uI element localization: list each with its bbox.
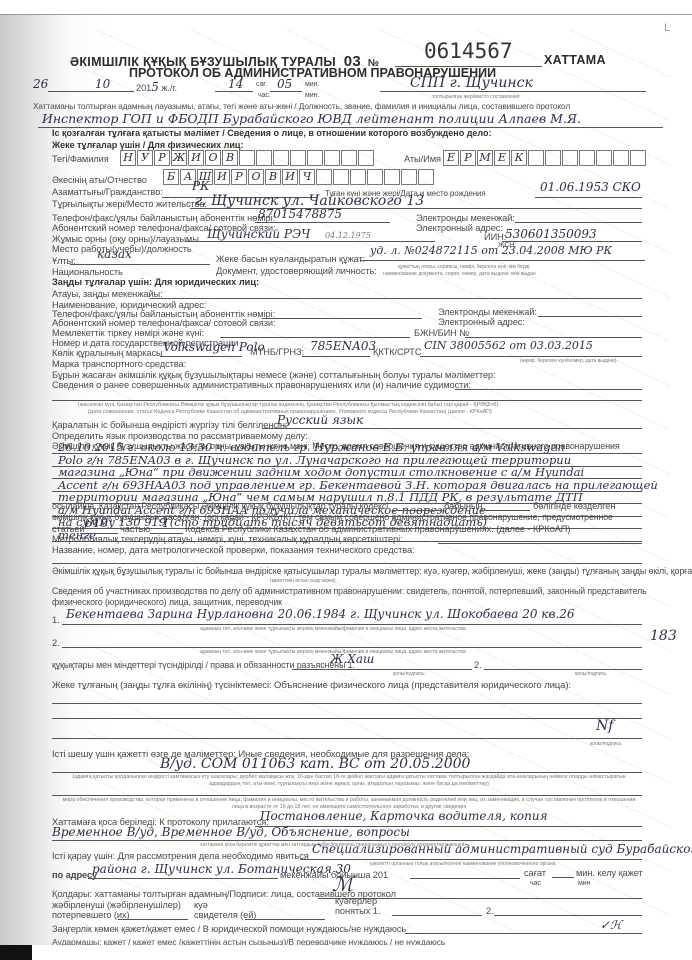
participant-line (62, 624, 642, 625)
patronymic-box: Б (163, 169, 179, 185)
patronymic-box: О (248, 169, 264, 185)
patronymic-box (418, 169, 434, 185)
patronymic-box: В (265, 169, 281, 185)
legal-name-line (150, 298, 642, 299)
plate-line (302, 356, 370, 357)
nationality-label-ru: Национальность (52, 267, 123, 277)
language-line (262, 428, 642, 429)
date-year: 2015 ж./г. (136, 80, 177, 94)
hearing-date-line (410, 878, 520, 879)
work-line (185, 241, 435, 242)
explanation-line-2 (52, 718, 642, 719)
physical-label: Жеке тұлғалар үшін / Для физических лиц: (52, 140, 243, 150)
work-value: Щучинский РЭЧ (207, 227, 310, 241)
place-of-composition: СПП г. Щучинск (410, 75, 533, 91)
hour-label-ru: час. (258, 92, 271, 99)
patronymic-box: Ч (299, 169, 315, 185)
prior-line-2 (52, 400, 642, 401)
attesting-2-label: 2. (486, 906, 494, 916)
name-box (596, 150, 612, 166)
rights-2-label: 2. (474, 660, 482, 670)
month-line (84, 91, 134, 92)
hearing-court-caption: уәкілетті органның толық атауы/полное на… (370, 861, 555, 867)
attesting-1-line (392, 915, 482, 916)
legal-phone-line (262, 318, 422, 319)
corner-mark: L (664, 22, 670, 34)
legal-email-line (538, 316, 642, 317)
surname-box (324, 150, 340, 166)
margin-note: 183 (650, 628, 677, 644)
hearing-address-line (88, 878, 278, 879)
surname-box: Н (120, 150, 136, 166)
nationality-line (70, 264, 210, 265)
name-box (528, 150, 544, 166)
legal-help-signature: ✓ℋ (600, 918, 622, 932)
name-boxes: ЕРМЕК (443, 150, 646, 166)
patronymic-box (401, 169, 417, 185)
legal-reg-line (220, 337, 410, 338)
article-kz-label: бабының (444, 501, 483, 511)
name-box (630, 150, 646, 166)
plate-value: 785ЕNA03 (310, 339, 376, 353)
patronymic-box (316, 169, 332, 185)
explanation-label: Жеке тұлғаның (заңды тұлға өкілінің) түс… (52, 680, 571, 691)
minute-label-kz: мин. (305, 81, 319, 88)
participant-caption: адамның тегі, аты-жөні және тұрғылықты ж… (200, 626, 466, 632)
rights-2-line (484, 669, 642, 670)
article-value: 610 (85, 516, 108, 530)
id-doc-caption-kz: құжаттың атауы, сериясы, нөмірі, берілге… (398, 264, 530, 270)
hearing-court-line (300, 859, 642, 860)
citizenship-value: РК (192, 179, 209, 193)
part-value: 1 (162, 516, 170, 530)
year-label: ж./г. (161, 83, 177, 93)
participant-line (62, 647, 642, 648)
surname-box (358, 150, 374, 166)
explanation-line-1 (52, 703, 642, 704)
name-box: Е (494, 150, 510, 166)
hearing-hour-label-ru: час (530, 880, 541, 887)
attachments-line-2 (52, 840, 642, 841)
birth-line (535, 197, 642, 198)
nationality-value: казах (97, 247, 132, 261)
rights-1-sig-caption: қолы/подпись (393, 671, 425, 677)
minute-line (270, 91, 302, 92)
phone-label-kz: Телефон/факс/ұялы байланыстың абоненттік… (52, 213, 275, 223)
prior-line (455, 389, 642, 390)
place-line (380, 91, 646, 92)
rights-1-line (292, 669, 472, 670)
citizenship-label: Азаматтығы/Гражданство: (52, 187, 163, 197)
scan-top-edge (0, 0, 692, 15)
id-doc-line (360, 260, 645, 261)
legal-help-text: Заңгерлік көмек қажет/қажет емес / В юри… (52, 924, 406, 934)
surname-box (273, 150, 289, 166)
surname-box (256, 150, 272, 166)
hour-line (215, 91, 253, 92)
attesting-label-kz: куәгерлер (335, 896, 377, 906)
time-hour: 14 (228, 77, 243, 91)
cert-label: ҚКТК/СРТС (373, 347, 422, 357)
work-note: 04.12.1975 (325, 231, 371, 240)
patronymic-box: И (282, 169, 298, 185)
prior-caption-kz: (жасалған күні, Қазақстан Республикасы Ә… (78, 402, 498, 408)
time-minute: 05 (277, 77, 292, 91)
legal-phone-ru: Абонентский номер телефона/факса/ сотово… (52, 318, 275, 328)
bin-line (465, 337, 642, 338)
year-digit: 5 (151, 80, 159, 94)
plate-label: МТНБ/ГРНЗ: (250, 347, 304, 357)
vehicle-brand-label-ru: Марка транспортного средства: (52, 359, 186, 369)
patronymic-box: Р (231, 169, 247, 185)
legal-section-label: Заңды тұлғалар үшін: Для юридических лиц… (52, 277, 259, 287)
protocol-number: 0614567 (424, 39, 513, 63)
surname-box: У (137, 150, 153, 166)
patronymic-box (333, 169, 349, 185)
surname-box: В (222, 150, 238, 166)
legal-help-line (405, 933, 642, 934)
hearing-label: Істі қарау үшін: Для рассмотрения дела н… (52, 851, 309, 861)
rights-2-sig-caption: қолы/подпись (575, 671, 607, 677)
iin-line (502, 241, 642, 242)
iin-value: 530601350093 (505, 227, 597, 241)
legal-email-kz: Электронды мекенжай: (438, 307, 537, 317)
participant-value: Бекентаева Зарина Нурлановна 20.06.1984 … (66, 607, 575, 621)
composer-label: Хаттаманы толтырған адамның лауазымы, ат… (33, 101, 570, 111)
prior-label-ru: Сведения о ранее совершенных администрат… (52, 380, 471, 390)
participant-number: 1. (52, 615, 60, 625)
metro-ru: Название, номер, дата метрологической пр… (52, 545, 415, 555)
bin-label: БЖН/БИН № (414, 328, 469, 338)
patronymic-label: Әкесінің аты/Отчество (52, 175, 147, 185)
other-info-line-2 (52, 795, 642, 796)
date-day: 26 (33, 77, 48, 91)
email-label-kz: Электронды мекенжай: (416, 213, 515, 223)
surname-boxes: НУРЖИОВ (120, 150, 374, 166)
protocol-page: L ӘКІМШІЛІК ҚҰҚЫҚ БҰЗУШЫЛЫҚ ТУРАЛЫ 03 № … (0, 0, 692, 960)
id-doc-value: уд. л. №024872115 от 23.04.2008 МЮ РК (370, 244, 612, 257)
scan-corner (0, 945, 32, 960)
year-prefix: 201 (136, 83, 151, 93)
attesting-2-line (494, 915, 642, 916)
legal-email-ru: Электронный адрес: (438, 317, 525, 327)
patronymic-box (367, 169, 383, 185)
name-box: Е (443, 150, 459, 166)
part-ru-label: частью (120, 524, 150, 534)
part-kz-label: бөлігінде көзделген (533, 501, 615, 511)
code-ru: Кодекса Республики Казахстан об админист… (185, 524, 570, 534)
metro-kz: Метрологиялық тексерудің атауы, нөмірі, … (52, 534, 403, 544)
language-label-kz: Қаралатын іс бойынша өндірісті жүргізу т… (52, 420, 287, 430)
witness-label-kz: куә (194, 900, 208, 910)
residence-label: Тұрғылықты жері/Место жительства: (52, 199, 207, 209)
explanation-sig-caption: қолы/подпись (590, 741, 622, 747)
name-box (545, 150, 561, 166)
hearing-hour-label: сағат (524, 868, 546, 878)
vehicle-brand-line (160, 356, 242, 357)
id-doc-caption-ru: наименование документа, серия, номер, да… (383, 271, 536, 277)
surname-box: О (205, 150, 221, 166)
surname-box: И (188, 150, 204, 166)
surname-box: Ж (171, 150, 187, 166)
id-doc-label-kz: Жеке басын куәландыратын құжат: (216, 254, 365, 264)
participant-number: 2. (52, 638, 60, 648)
other-info-line (52, 772, 642, 773)
hearing-min-label-ru: мин (578, 880, 590, 887)
language-value: Русский язык (277, 413, 363, 427)
participants-kz-note: (қажеттінің астын сызу керек) (270, 578, 335, 584)
victim-label-kz: жәбірленуші (жәбірленушілер) (52, 900, 181, 910)
patronymic-box: И (214, 169, 230, 185)
surname-box: Р (154, 150, 170, 166)
rights-1-signature: Ж.Хаш (330, 652, 374, 666)
article-kz-line (392, 510, 442, 511)
other-info-caption-kz: (адамға қатысты қолданылған өндірісті қа… (60, 774, 638, 788)
surname-box (341, 150, 357, 166)
attachments-line2: Временное В/уд, Временное В/уд, Объяснен… (52, 825, 410, 839)
name-box: М (477, 150, 493, 166)
name-box (613, 150, 629, 166)
name-box: К (511, 150, 527, 166)
email-line (515, 222, 642, 223)
committed-kz: әкімшілік құқық бұзушылық жасалған. (әрі… (52, 512, 613, 522)
surname-box (307, 150, 323, 166)
other-info-value: В/уд. СОМ 011063 кат. ВС от 20.05.2000 (160, 756, 470, 772)
composer-value: Инспектор ГОП и ФБОДП Бурабайского ЮВД л… (42, 111, 581, 126)
vehicle-brand-label-kz: Көлік құралының маркасы (52, 348, 163, 358)
cert-caption: (нөмір, берілген күні/номер, дата выдачи… (520, 358, 617, 364)
scan-bottom-edge (0, 945, 692, 960)
work-label-kz: Жұмыс орны (оқу орны)/лауазымы (52, 234, 199, 244)
metro-line (438, 543, 642, 544)
phone-value: 87015478875 (258, 207, 342, 221)
prior-label-kz: Бұрын жасаған әкімшілік құқық бұзушылықт… (52, 370, 496, 380)
hearing-hour-line (552, 877, 574, 878)
date-month: 10 (95, 77, 110, 91)
surname-label: Тегі/Фамилия (52, 154, 109, 164)
hearing-min-label: мин. келу қажет (576, 868, 643, 878)
place-caption: толтырылған жері/место составления (432, 94, 520, 100)
name-box: Р (460, 150, 476, 166)
witness-line (245, 919, 325, 920)
participants-label-ru: Сведения об участниках производства по д… (52, 586, 647, 608)
metro-line-2 (52, 563, 642, 564)
attachments-line1: Постановление, Карточка водителя, копия (260, 809, 548, 823)
birth-value: 01.06.1953 СКО (540, 180, 641, 194)
attesting-label-ru: понятых 1. (335, 906, 380, 916)
surname-box (239, 150, 255, 166)
hearing-court: Специализированный административный суд … (312, 842, 692, 856)
participants-label-kz: Әкімшілік құқық бұзушылық туралы іс бойы… (52, 566, 692, 576)
explanation-signature: Nf (596, 718, 613, 734)
legal-reg-kz: Мемлекеттік тіркеу нөмірі және күні: (52, 328, 204, 338)
legal-name-kz: Атауы, заңды мекенжайы: (52, 289, 163, 299)
surname-box (290, 150, 306, 166)
thus-kz: осылайша, Қазақстан Республикасы Әкімшіл… (52, 501, 388, 511)
cert-value: CIN 38005562 от 03.03.2015 (424, 339, 593, 352)
patronymic-box (384, 169, 400, 185)
patronymic-box (350, 169, 366, 185)
minute-label-ru: мин. (305, 92, 319, 99)
victim-line (118, 919, 188, 920)
cert-line (420, 356, 642, 357)
person-section-label: Іс қозғалған тұлғаға қатысты мәлімет / С… (52, 128, 492, 138)
explanation-signature-line (52, 738, 642, 739)
id-doc-label-ru: Документ, удостоверяющий личность: (216, 266, 377, 276)
legal-help-label: Заңгерлік көмек қажет/қажет емес / В юри… (52, 924, 406, 934)
composer-signature: ℳ (332, 872, 353, 896)
hour-label-kz: сағ. (256, 81, 268, 88)
name-label: Аты/Имя (404, 154, 441, 164)
part-kz-line (480, 510, 530, 511)
title-kz-suffix: ХАТТАМА (544, 53, 606, 67)
name-box (579, 150, 595, 166)
name-box (562, 150, 578, 166)
